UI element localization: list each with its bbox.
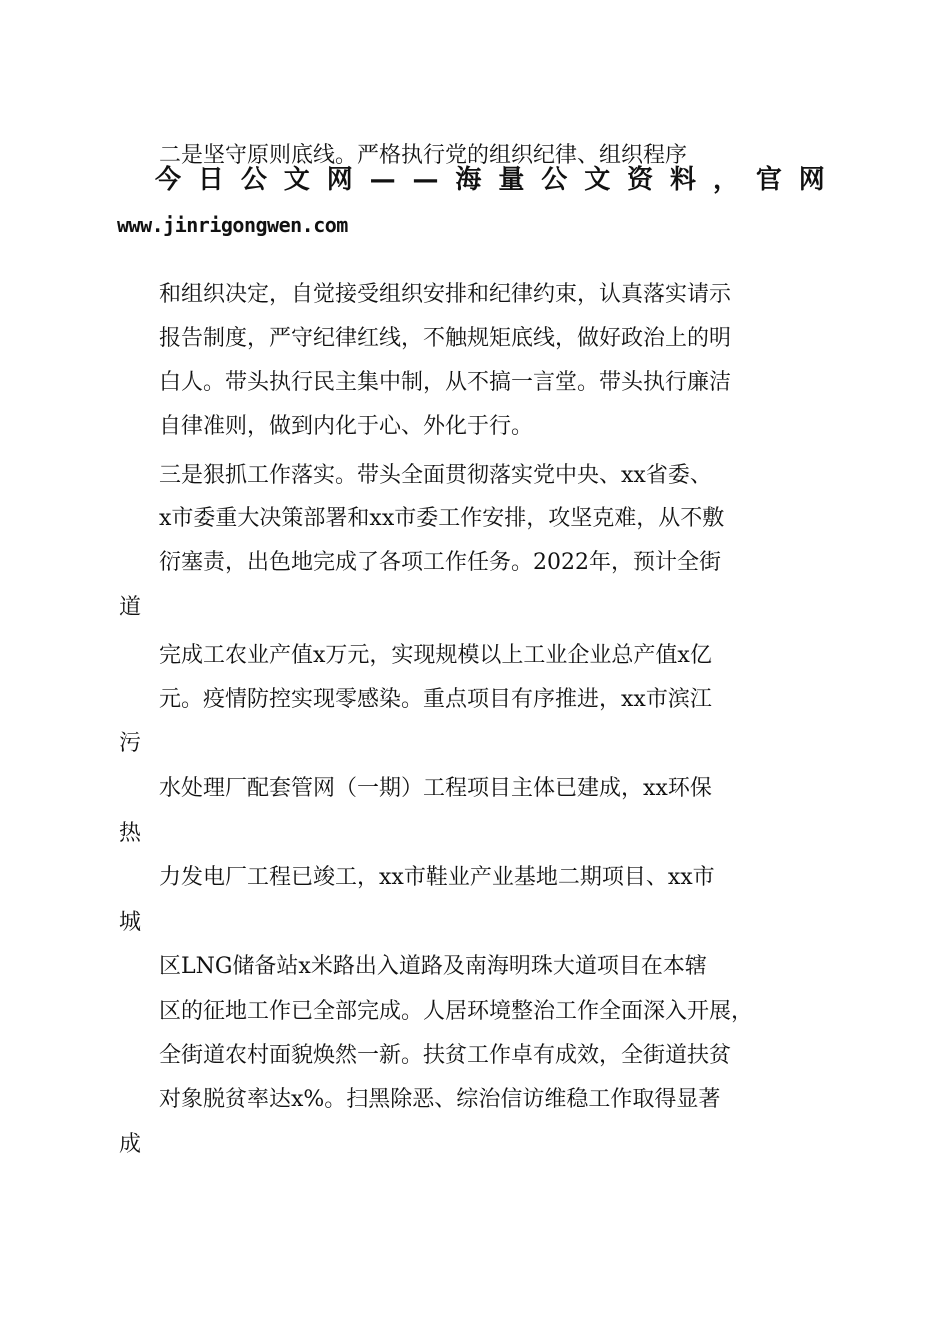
paragraph-line: 力发电厂工程已竣工，xx市鞋业产业基地二期项目、xx市 (159, 864, 715, 892)
paragraph-line: 报告制度，严守纪律红线，不触规矩底线，做好政治上的明 (159, 325, 731, 353)
paragraph-line: 水处理厂配套管网（一期）工程项目主体已建成，xx环保 (159, 775, 712, 803)
banner-char: 海 (455, 163, 481, 197)
paragraph-line: 城 (119, 909, 141, 937)
banner-char: 资 (627, 163, 653, 197)
paragraph-line: 区的征地工作已全部完成。人居环境整治工作全面深入开展， (159, 998, 753, 1026)
paragraph-line: 成 (119, 1131, 141, 1159)
banner-char: 网 (799, 163, 825, 197)
banner-char: 文 (284, 163, 310, 197)
paragraph-line: 三是狠抓工作落实。带头全面贯彻落实党中央、xx省委、 (159, 462, 712, 490)
banner-char: 文 (584, 163, 610, 197)
paragraph-line: 元。疫情防控实现零感染。重点项目有序推进，xx市滨江 (159, 686, 712, 714)
paragraph-line: 完成工农业产值x万元，实现规模以上工业企业总产值x亿 (159, 642, 712, 670)
website-url[interactable]: www.jinrigongwen.com (117, 212, 348, 238)
banner-char: 官 (756, 163, 782, 197)
banner-char: 日 (198, 163, 224, 197)
paragraph-line: 衍塞责，出色地完成了各项工作任务。2022年，预计全街 (159, 549, 721, 577)
paragraph-line: 和组织决定，自觉接受组织安排和纪律约束，认真落实请示 (159, 281, 731, 309)
watermark-banner: 今 日 公 文 网 — — 海 量 公 文 资 料 ， 官 网 (155, 163, 825, 197)
paragraph-line: 热 (119, 820, 141, 848)
paragraph-line: 对象脱贫率达x%。扫黑除恶、综治信访维稳工作取得显著 (159, 1086, 720, 1114)
paragraph-line: 道 (119, 594, 141, 622)
paragraph-line: 自律准则，做到内化于心、外化于行。 (159, 413, 533, 441)
paragraph-line: 全街道农村面貌焕然一新。扶贫工作卓有成效，全街道扶贫 (159, 1042, 731, 1070)
paragraph-line: 污 (119, 730, 141, 758)
paragraph-line: 区LNG储备站x米路出入道路及南海明珠大道项目在本辖 (159, 953, 707, 981)
banner-char: ， (713, 163, 739, 197)
paragraph-line: x市委重大决策部署和xx市委工作安排，攻坚克难，从不敷 (159, 505, 724, 533)
banner-char: 网 (327, 163, 353, 197)
banner-char: — (413, 163, 439, 197)
banner-char: 今 (155, 163, 181, 197)
banner-char: 量 (498, 163, 524, 197)
banner-char: 公 (241, 163, 267, 197)
banner-char: 公 (541, 163, 567, 197)
banner-char: — (370, 163, 396, 197)
banner-char: 料 (670, 163, 696, 197)
paragraph-line: 白人。带头执行民主集中制，从不搞一言堂。带头执行廉洁 (159, 369, 731, 397)
